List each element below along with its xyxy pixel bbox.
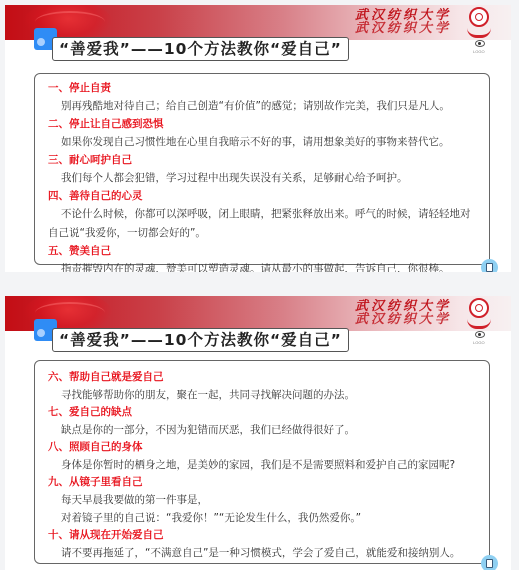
- item-heading: 三、耐心呵护自己: [48, 152, 479, 169]
- university-emblem-icon: [469, 298, 489, 318]
- item-text: 对着镜子里的自己说：“我爱你！”“无论发生什么，我仍然爱你。”: [48, 509, 479, 527]
- translate-badge-icon[interactable]: [481, 259, 498, 272]
- logo-label: LOGO: [473, 49, 485, 54]
- item-text: 自己说“我爱你，一切都会好的”。: [48, 224, 479, 243]
- item-heading: 十、请从现在开始爱自己: [48, 527, 479, 544]
- item-text: 缺点是你的一部分，不因为犯错而厌恶，我们已经做得很好了。: [48, 421, 479, 439]
- item-text: 每天早晨我要做的第一件事是，: [48, 491, 479, 509]
- university-name: 武汉纺织大学 武汉纺织大学: [355, 300, 465, 326]
- item-text: 别再残酷地对待自己；给自己创造“有价值”的感觉；请别故作完美，我们只是凡人。: [48, 97, 479, 116]
- item-heading: 四、善待自己的心灵: [48, 188, 479, 205]
- eye-icon: [475, 40, 485, 47]
- slide-title: “善爱我”——10个方法教你“爱自己”: [52, 37, 349, 61]
- slide-title: “善爱我”——10个方法教你“爱自己”: [52, 328, 349, 352]
- content-box: 一、停止自责 别再残酷地对待自己；给自己创造“有价值”的感觉；请别故作完美，我们…: [34, 73, 490, 265]
- item-heading: 七、爱自己的缺点: [48, 404, 479, 421]
- item-text: 不论什么时候，你都可以深呼吸，闭上眼睛，把紧张释放出来。呼气的时候，请轻轻地对: [48, 205, 479, 224]
- slide-1: 武汉纺织大学 武汉纺织大学 LOGO “善爱我”——10个方法教你“爱自己” 一…: [5, 5, 511, 272]
- item-text: 我们每个人都会犯错，学习过程中出现失误没有关系，足够耐心给予呵护。: [48, 169, 479, 188]
- item-heading: 二、停止让自己感到恐惧: [48, 116, 479, 133]
- item-text: 身体是你暂时的栖身之地，是美妙的家园，我们是不是需要照料和爱护自己的家园呢?: [48, 456, 479, 474]
- item-text: 指责摧毁内在的灵魂，赞美可以塑造灵魂。请从最小的事做起，告诉自己，你很棒。: [48, 260, 479, 272]
- slide-2: 武汉纺织大学 武汉纺织大学 LOGO “善爱我”——10个方法教你“爱自己” 六…: [5, 296, 511, 570]
- eye-icon: [475, 331, 485, 338]
- item-heading: 六、帮助自己就是爱自己: [48, 369, 479, 386]
- university-emblem-icon: [469, 7, 489, 27]
- content-box: 六、帮助自己就是爱自己 寻找能够帮助你的朋友，聚在一起，共同寻找解决问题的办法。…: [34, 360, 490, 564]
- item-heading: 八、照顾自己的身体: [48, 439, 479, 456]
- translate-badge-icon[interactable]: [481, 555, 498, 570]
- item-text: 寻找能够帮助你的朋友，聚在一起，共同寻找解决问题的办法。: [48, 386, 479, 404]
- item-heading: 九、从镜子里看自己: [48, 474, 479, 491]
- item-heading: 一、停止自责: [48, 80, 479, 97]
- item-text: 请不要再拖延了，“不满意自己”是一种习惯模式，学会了爱自己，就能爱和接纳别人。: [48, 544, 479, 562]
- item-text: 如果你发现自己习惯性地在心里自我暗示不好的事，请用想象美好的事物来替代它。: [48, 133, 479, 152]
- logo-label: LOGO: [473, 340, 485, 345]
- item-heading: 五、赞美自己: [48, 243, 479, 260]
- university-name: 武汉纺织大学 武汉纺织大学: [355, 9, 465, 35]
